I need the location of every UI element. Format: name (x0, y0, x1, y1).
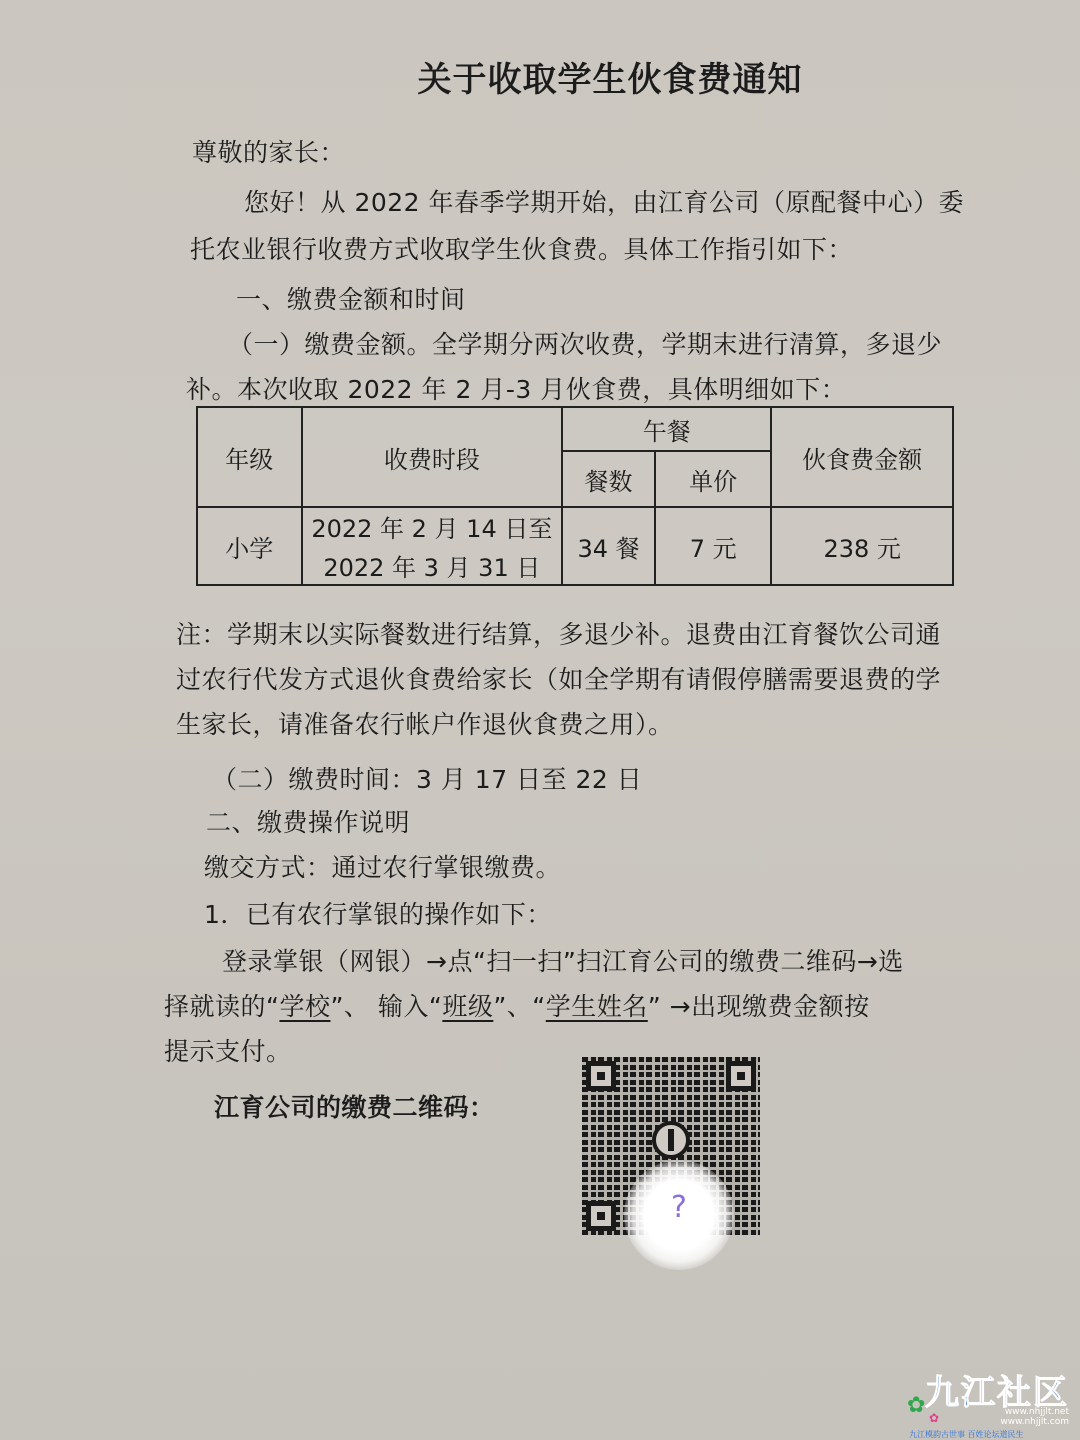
section-1-heading: 一、缴费金额和时间 (236, 280, 466, 316)
step-1-line-2: 择就读的“学校”、 输入“班级”、“学生姓名” →出现缴费金额按 (164, 987, 870, 1023)
section-2-heading: 二、缴费操作说明 (206, 803, 410, 839)
table-row: 小学 2022 年 2 月 14 日至 2022 年 3 月 31 日 34 餐… (197, 507, 953, 585)
watermark-urls: www.nhjjlt.net www.nhjjlt.com (1000, 1407, 1069, 1427)
step-1-line-1: 登录掌银（网银）→点“扫一扫”扫江育公司的缴费二维码→选 (222, 942, 904, 978)
cell-unit-price: 7 元 (655, 507, 771, 585)
cell-period-end: 2022 年 3 月 31 日 (303, 548, 561, 583)
header-amount: 伙食费金额 (771, 407, 953, 507)
qr-finder-icon (586, 1201, 616, 1231)
cell-meals: 34 餐 (562, 507, 655, 585)
step-1-heading: 1．已有农行掌银的操作如下： (204, 895, 552, 931)
field-student-name: 学生姓名 (546, 992, 648, 1021)
flower-icon: ✿ (907, 1393, 925, 1418)
cell-period-start: 2022 年 2 月 14 日至 (303, 509, 561, 544)
text-fragment: ” →出现缴费金额按 (648, 992, 870, 1021)
notice-document: 关于收取学生伙食费通知 尊敬的家长： 您好！从 2022 年春季学期开始，由江育… (0, 0, 1080, 1440)
header-unit-price: 单价 (655, 451, 771, 507)
abc-bank-logo-icon (652, 1121, 690, 1159)
cell-amount: 238 元 (771, 507, 953, 585)
qr-label: 江育公司的缴费二维码： (214, 1088, 495, 1124)
text-fragment: ”、“ (493, 992, 545, 1021)
greeting: 尊敬的家长： (192, 133, 345, 169)
text-fragment: 择就读的“ (164, 992, 279, 1021)
watermark-logo: ✿ ✿ 九江社区 www.nhjjlt.net www.nhjjlt.com 九… (905, 1365, 1075, 1437)
watermark-slogan: 九江模韵古世事 百姓论坛道民生 (909, 1429, 1024, 1440)
note-line-2: 过农行代发方式退伙食费给家长（如全学期有请假停膳需要退费的学 (176, 660, 941, 696)
section-1-sub2: （二）缴费时间：3 月 17 日至 22 日 (212, 760, 642, 796)
section-1-sub1-line-2: 补。本次收取 2022 年 2 月-3 月伙食费，具体明细如下： (186, 370, 846, 406)
section-1-sub1-line-1: （一）缴费金额。全学期分两次收费，学期末进行清算，多退少 (228, 325, 942, 361)
field-class: 班级 (442, 992, 493, 1021)
header-period: 收费时段 (302, 407, 562, 507)
fee-table: 年级 收费时段 午餐 伙食费金额 餐数 单价 小学 2022 年 2 月 14 … (196, 406, 954, 586)
qr-finder-icon (726, 1061, 756, 1091)
header-grade: 年级 (197, 407, 302, 507)
intro-line-1: 您好！从 2022 年春季学期开始，由江育公司（原配餐中心）委 (244, 183, 964, 219)
glare-overlay: ? (624, 1160, 734, 1270)
text-fragment: ”、 输入“ (330, 992, 442, 1021)
note-line-1: 注：学期末以实际餐数进行结算，多退少补。退费由江育餐饮公司通 (176, 615, 941, 651)
payment-method: 缴交方式：通过农行掌银缴费。 (204, 848, 561, 884)
intro-line-2: 托农业银行收费方式收取学生伙食费。具体工作指引如下： (190, 230, 853, 266)
header-lunch: 午餐 (562, 407, 771, 451)
watermark-url: www.nhjjlt.net (1000, 1407, 1069, 1417)
header-meals: 餐数 (562, 451, 655, 507)
question-mark-icon: ? (624, 1190, 734, 1225)
note-line-3: 生家长，请准备农行帐户作退伙食费之用）。 (176, 705, 674, 741)
watermark-url: www.nhjjlt.com (1000, 1417, 1069, 1427)
qr-finder-icon (586, 1061, 616, 1091)
cell-grade: 小学 (197, 507, 302, 585)
cell-period: 2022 年 2 月 14 日至 2022 年 3 月 31 日 (302, 507, 562, 585)
page-title: 关于收取学生伙食费通知 (0, 52, 1080, 101)
step-1-line-3: 提示支付。 (164, 1032, 292, 1068)
field-school: 学校 (279, 992, 330, 1021)
